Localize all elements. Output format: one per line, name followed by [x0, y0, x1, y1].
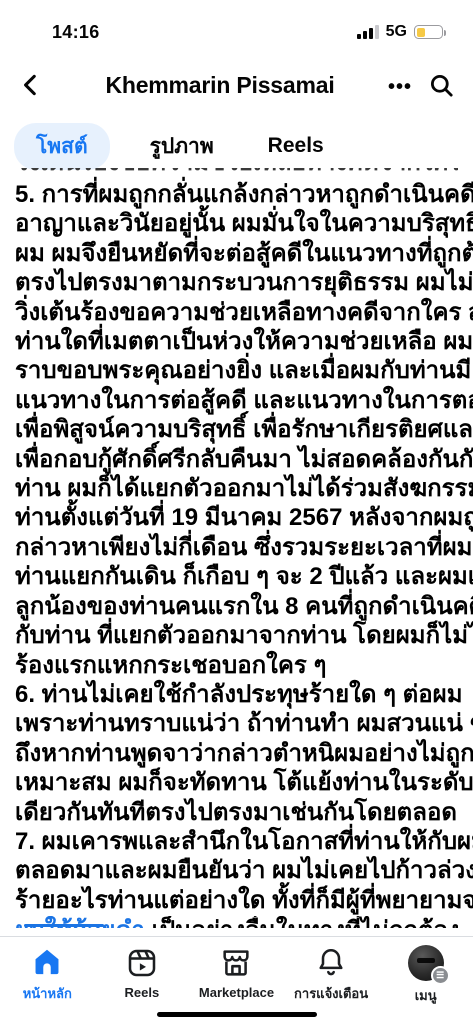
page-title: Khemmarin Pissamai [52, 72, 388, 99]
profile-header: Khemmarin Pissamai ••• [0, 54, 473, 116]
post-line: เพื่อพิสูจน์ความบริสุทธิ์ เพื่อรักษาเกีย… [15, 415, 458, 444]
post-line: เพราะท่านทราบแน่ว่า ถ้าท่านทำ ผมสวนแน่ ๆ… [15, 709, 458, 738]
post-line: ราบขอบพระคุณอย่างยิ่ง และเมื่อผมกับท่านม… [15, 356, 458, 385]
tab-reels[interactable]: Reels [254, 127, 338, 165]
post-line: ถึงหากท่านพูดจาว่ากล่าวตำหนิผมอย่างไม่ถู… [15, 739, 458, 768]
status-time: 14:16 [52, 22, 100, 43]
post-line: วิ่งเต้นร้องขอความช่วยเหลือทางคดีจากใคร … [15, 298, 458, 327]
post-line: 5. การที่ผมถูกกลั่นแกล้งกล่าวหาถูกดำเนิน… [15, 180, 458, 209]
post-line: เดียวกันทันทีตรงไปตรงมาเช่นกันโดยตลอด [15, 798, 458, 827]
post-line: ท่านตั้งแต่วันที่ 19 มีนาคม 2567 หลังจาก… [15, 503, 458, 532]
nav-notifications-label: การแจ้งเตือน [294, 983, 368, 1004]
profile-tab-bar: โพสต์ รูปภาพ Reels [0, 116, 473, 176]
link-underline [24, 924, 104, 928]
post-line: กล่าวหาเพียงไม่กี่เดือน ซึ่งรวมระยะเวลาท… [15, 533, 458, 562]
more-options-button[interactable]: ••• [388, 73, 412, 97]
nav-home[interactable]: หน้าหลัก [7, 945, 87, 1004]
post-line: อาญาและวินัยอยู่นั้น ผมมั่นใจในความบริสุ… [15, 209, 458, 238]
post-line: เหมาะสม ผมก็จะทัดทาน โต้แย้งท่านในระดับ [15, 768, 458, 797]
post-line: แนวทางในการต่อสู้คดี และแนวทางในการตอบโต… [15, 386, 458, 415]
nav-menu[interactable]: ☰ เมนู [386, 945, 466, 1004]
nav-marketplace-label: Marketplace [199, 985, 274, 1000]
nav-reels[interactable]: Reels [102, 945, 182, 1004]
bell-icon [315, 946, 347, 978]
nav-menu-label: เมนู [415, 985, 437, 1006]
nav-marketplace[interactable]: Marketplace [196, 945, 276, 1004]
search-button[interactable] [428, 72, 455, 99]
post-line: เพื่อกอบกู้ศักดิ์ศรีกลับคืนมา ไม่สอดคล้อ… [15, 445, 458, 474]
network-type-label: 5G [386, 23, 407, 41]
clipped-text-line-top: วิ่งเต้นร้องขอความช่วยเหลือทางคดีจากใคร [15, 168, 458, 178]
reels-icon [126, 947, 158, 979]
avatar-sunglasses [417, 958, 435, 963]
post-line: ท่าน ผมก็ได้แยกตัวออกมาไม่ได้ร่วมสังฆกรร… [15, 474, 458, 503]
tab-photos[interactable]: รูปภาพ [136, 123, 228, 170]
post-line: 6. ท่านไม่เคยใช้กำลังประทุษร้ายใด ๆ ต่อผ… [15, 680, 458, 709]
search-icon [428, 72, 455, 99]
status-bar: 14:16 5G [0, 0, 473, 54]
clipped-text-line-bottom: ผมให้ถ้อยคำ เป็นอย่างอื่นในทางที่ไม่ถูกต… [15, 916, 458, 928]
battery-icon [414, 25, 443, 39]
post-line: ตรงไปตรงมาตามกระบวนการยุติธรรม ผมไม่เคย [15, 268, 458, 297]
nav-home-label: หน้าหลัก [23, 983, 72, 1004]
nav-notifications[interactable]: การแจ้งเตือน [291, 945, 371, 1004]
post-line: กับท่าน ที่แยกตัวออกมาจากท่าน โดยผมก็ไม่… [15, 621, 458, 650]
marketplace-icon [220, 947, 252, 979]
post-line: ตลอดมาและผมยืนยันว่า ผมไม่เคยไปก้าวล่วงใ… [15, 856, 458, 885]
tab-posts[interactable]: โพสต์ [14, 123, 110, 170]
menu-badge-icon: ☰ [431, 966, 450, 985]
bottom-navigation-bar: หน้าหลัก Reels Marketplace [0, 936, 473, 1004]
chevron-left-icon [18, 72, 44, 98]
post-line: 7. ผมเคารพและสำนึกในโอกาสที่ท่านให้กับผม [15, 827, 458, 856]
status-indicators: 5G [357, 23, 443, 41]
home-indicator[interactable] [157, 1012, 317, 1018]
post-text-area[interactable]: วิ่งเต้นร้องขอความช่วยเหลือทางคดีจากใคร … [0, 168, 473, 938]
post-line: ท่านแยกกันเดิน ก็เกือบ ๆ จะ 2 ปีแล้ว และ… [15, 562, 458, 591]
post-line: ร้ายอะไรท่านแต่อย่างใด ทั้งที่ก็มีผู้ที่… [15, 886, 458, 915]
home-icon [31, 946, 63, 978]
cellular-signal-icon [357, 25, 379, 39]
back-button[interactable] [18, 68, 52, 102]
nav-reels-label: Reels [125, 985, 160, 1000]
post-line: ผม ผมจึงยืนหยัดที่จะต่อสู้คดีในแนวทางที่… [15, 239, 458, 268]
post-line: ลูกน้องของท่านคนแรกใน 8 คนที่ถูกดำเนินคด… [15, 592, 458, 621]
post-line: ร้องแรกแหกกระเชอบอกใคร ๆ [15, 651, 458, 680]
post-line: ท่านใดที่เมตตาเป็นห่วงให้ความช่วยเหลือ ผ… [15, 327, 458, 356]
